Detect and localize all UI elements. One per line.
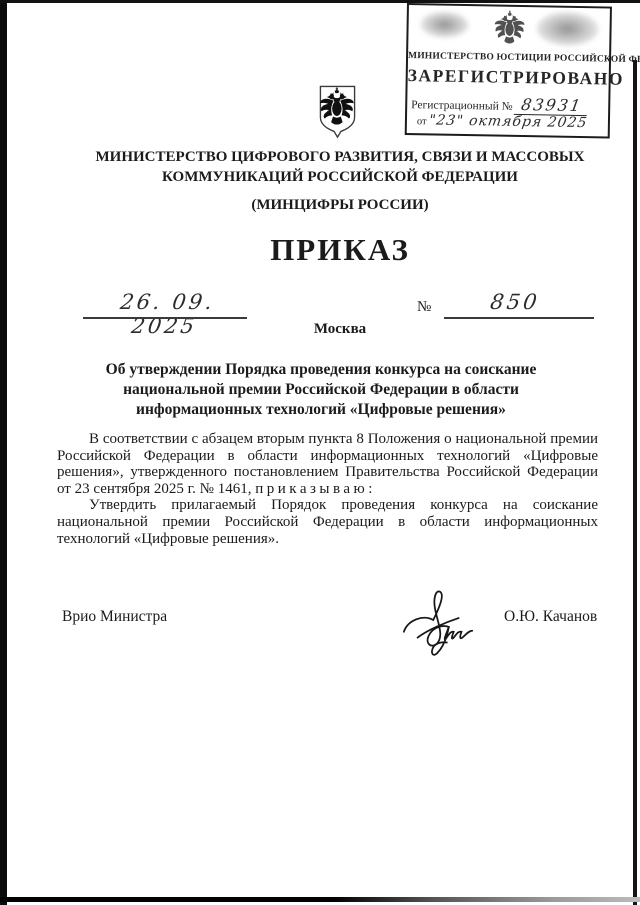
number-sign-label: № (417, 299, 431, 316)
stamp-date-prefix: от (417, 116, 427, 127)
stamp-ink-smudge (420, 11, 468, 38)
body-paragraph-1-spaced-word: приказываю: (255, 481, 376, 497)
russia-coat-of-arms-icon (317, 82, 358, 141)
date-underline (83, 317, 247, 319)
stamp-registered-label: ЗАРЕГИСТРИРОВАНО (408, 65, 609, 90)
order-number-handwritten: 850 (450, 290, 579, 314)
stamp-reg-number-label: Регистрационный № (411, 99, 513, 113)
scan-edge-bottom (0, 897, 640, 902)
stamp-registration-date: от "23" октября 2025 (417, 112, 607, 131)
scan-edge-right (633, 60, 637, 905)
handwritten-signature (398, 586, 484, 658)
ministry-name: МИНИСТЕРСТВО ЦИФРОВОГО РАЗВИТИЯ, СВЯЗИ И… (70, 147, 610, 187)
signer-title: Врио Министра (62, 608, 167, 626)
document-type-title: ПРИКАЗ (70, 232, 610, 268)
number-underline (444, 317, 594, 319)
signer-name: О.Ю. Качанов (504, 608, 597, 626)
justice-eagle-icon (491, 9, 528, 50)
registration-stamp: МИНИСТЕРСТВО ЮСТИЦИИ РОССИЙСКОЙ ФЕДЕРАЦИ… (405, 3, 612, 139)
ministry-name-line2: КОММУНИКАЦИЙ РОССИЙСКОЙ ФЕДЕРАЦИИ (70, 167, 610, 187)
stamp-ink-smudge (536, 11, 599, 46)
order-body: В соответствии с абзацем вторым пункта 8… (57, 431, 598, 547)
scan-edge-left (0, 0, 7, 905)
ministry-short-name: (МИНЦИФРЫ РОССИИ) (70, 197, 610, 214)
stamp-ministry-line: МИНИСТЕРСТВО ЮСТИЦИИ РОССИЙСКОЙ ФЕДЕРАЦИ… (408, 51, 609, 65)
body-paragraph-1: В соответствии с абзацем вторым пункта 8… (57, 431, 598, 497)
order-subject: Об утверждении Порядка проведения конкур… (60, 360, 582, 420)
scanned-order-document: МИНИСТЕРСТВО ЮСТИЦИИ РОССИЙСКОЙ ФЕДЕРАЦИ… (0, 0, 640, 905)
stamp-reg-number-value: 83931 (514, 95, 590, 116)
stamp-date-value: "23" октября 2025 (428, 112, 589, 131)
scan-edge-top (0, 0, 640, 3)
body-paragraph-2: Утвердить прилагаемый Порядок проведения… (57, 497, 598, 547)
issue-city: Москва (70, 321, 610, 338)
ministry-name-line1: МИНИСТЕРСТВО ЦИФРОВОГО РАЗВИТИЯ, СВЯЗИ И… (70, 147, 610, 167)
